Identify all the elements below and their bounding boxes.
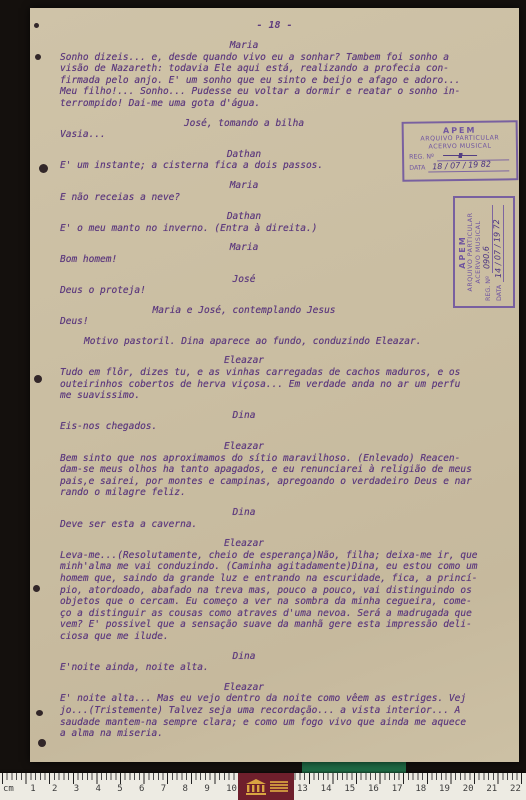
dialogue-line: minh'alma me vai conduzindo. (Caminha ag… xyxy=(60,561,480,573)
dialogue-block: MariaBom homem! xyxy=(60,242,480,265)
dialogue-line: E' noite alta... Mas eu vejo dentro da n… xyxy=(60,693,480,705)
ruler-label: 20 xyxy=(463,784,474,794)
ink-stain xyxy=(35,54,41,60)
speaker-name: Maria xyxy=(60,180,480,192)
stamp-org-name: APEM xyxy=(458,203,467,301)
ruler-label: 6 xyxy=(139,784,144,794)
speaker-name: Dina xyxy=(60,651,480,663)
dialogue-line: pais,e sairei, por montes e campinas, ap… xyxy=(60,476,480,488)
building-icon xyxy=(245,778,267,796)
speaker-name: Dathan xyxy=(60,211,480,223)
stamp-apem-vertical: APEM ARQUIVO PARTICULAR ACERVO MUSICAL R… xyxy=(453,196,515,308)
ruler-label: 15 xyxy=(344,784,355,794)
ruler-label: 5 xyxy=(117,784,122,794)
dialogue-block: DathanE' o meu manto no inverno. (Entra … xyxy=(60,211,480,234)
stamp-line: ARQUIVO PARTICULAR xyxy=(467,203,475,301)
dialogue-block: EleazarLeva-me...(Resolutamente, cheio d… xyxy=(60,538,480,642)
ruler-label: cm xyxy=(3,784,14,794)
dialogue-line: firmada pelo anjo. E' um sonho que eu si… xyxy=(60,75,480,87)
ink-stain xyxy=(39,164,48,173)
stamp-date-value: 14 / 07 / 19 72 xyxy=(492,219,504,278)
dialogue-line: Deus! xyxy=(60,316,480,328)
dialogue-block: EleazarE' noite alta... Mas eu vejo dent… xyxy=(60,682,480,740)
stamp-apem-horizontal: APEM ARQUIVO PARTICULAR ACERVO MUSICAL R… xyxy=(402,120,519,182)
stamp-date-label: DATA xyxy=(495,285,505,301)
dialogue-line: Deus o proteja! xyxy=(60,285,480,297)
speaker-name: Eleazar xyxy=(60,355,480,367)
speaker-name: Maria e José, contemplando Jesus xyxy=(60,305,480,317)
stamp-reg-label: REG. Nº xyxy=(484,276,494,301)
speaker-name: Eleazar xyxy=(60,441,480,453)
logo-text-bars xyxy=(270,781,288,792)
ruler-label: 19 xyxy=(439,784,450,794)
dialogue-line: vem? E' possivel que a sensação suave da… xyxy=(60,619,480,631)
dialogue-line: E não receias a neve? xyxy=(60,192,480,204)
speaker-name: Maria xyxy=(60,242,480,254)
dialogue-line: me suavissimo. xyxy=(60,390,480,402)
ruler-label: 18 xyxy=(415,784,426,794)
dialogue-line: terrompido! Dai-me uma gota d'água. xyxy=(60,98,480,110)
ruler-label: 14 xyxy=(321,784,332,794)
ink-stain xyxy=(36,710,43,716)
speaker-name: José xyxy=(60,274,480,286)
ruler-label: 8 xyxy=(183,784,188,794)
dialogue-line: visão de Nazareth: todavia Ele aqui está… xyxy=(60,63,480,75)
dialogue-line: objetos que o cercam. Eu começo a ver na… xyxy=(60,596,480,608)
dialogue-line: Tudo em flôr, dizes tu, e as vinhas carr… xyxy=(60,367,480,379)
ruler: cm12345678910 13141516171819202122 xyxy=(0,773,526,800)
ruler-label: 3 xyxy=(74,784,79,794)
dialogue-line: a alma na miseria. xyxy=(60,728,480,740)
dialogue-block: DinaE'noite ainda, noite alta. xyxy=(60,651,480,674)
ink-stain xyxy=(34,23,39,28)
ink-stain xyxy=(33,585,40,592)
dialogue-line: Bom homem! xyxy=(60,254,480,266)
dialogue-line: E' o meu manto no inverno. (Entra à dire… xyxy=(60,223,480,235)
page-number: - 18 - xyxy=(30,20,519,31)
ruler-labels-left: cm12345678910 xyxy=(3,784,237,794)
dialogue-block: EleazarBem sinto que nos aproximamos do … xyxy=(60,441,480,499)
stamp-date-label: DATA xyxy=(409,163,425,173)
ink-stain xyxy=(38,739,46,747)
dialogue-line: pio, atordoado, abafado na treva mas, po… xyxy=(60,585,480,597)
ruler-label: 17 xyxy=(392,784,403,794)
dialogue-line: dam-se meus olhos ha tanto apagados, e e… xyxy=(60,464,480,476)
stamp-date-value: 18 / 07 / 19 82 xyxy=(432,160,491,173)
dialogue-line: Bem sinto que nos aproximamos do sítio m… xyxy=(60,453,480,465)
ruler-label: 16 xyxy=(368,784,379,794)
stamp-date-row: DATA 14 / 07 / 19 72 xyxy=(494,203,505,301)
ruler-label: 1 xyxy=(30,784,35,794)
dialogue-line: Leva-me...(Resolutamente, cheio de esper… xyxy=(60,550,480,562)
dialogue-block: JoséDeus o proteja! xyxy=(60,274,480,297)
dialogue-line: Sonho dizeis... e, desde quando vivo eu … xyxy=(60,52,480,64)
reg-scribble xyxy=(443,153,477,158)
dialogue-line: Motivo pastoril. Dina aparece ao fundo, … xyxy=(60,336,480,348)
dialogue-line: Eis-nos chegados. xyxy=(60,421,480,433)
dialogue-block: DinaEis-nos chegados. xyxy=(60,410,480,433)
ruler-label: 21 xyxy=(486,784,497,794)
ruler-labels-right: 13141516171819202122 xyxy=(297,784,521,794)
ruler-label: 13 xyxy=(297,784,308,794)
ruler-label: 2 xyxy=(52,784,57,794)
stamp-reg-label: REG. Nº xyxy=(409,152,434,162)
dialogue-line: Meu filho!... Sonho... Pudesse eu voltar… xyxy=(60,86,480,98)
archive-logo xyxy=(238,773,294,800)
ruler-label: 10 xyxy=(226,784,237,794)
stage-direction: Motivo pastoril. Dina aparece ao fundo, … xyxy=(60,336,480,348)
stamp-reg-value: 090.6 xyxy=(482,246,493,269)
dialogue-block: EleazarTudo em flôr, dizes tu, e as vinh… xyxy=(60,355,480,401)
speaker-name: Eleazar xyxy=(60,538,480,550)
dialogue-block: Maria e José, contemplando JesusDeus! xyxy=(60,305,480,328)
ruler-label: 22 xyxy=(510,784,521,794)
dialogue-block: DinaDeve ser esta a caverna. xyxy=(60,507,480,530)
dialogue-line: homem que, saindo da grande luz e entran… xyxy=(60,573,480,585)
dialogue-line: saudade mantem-na sempre clara; e como u… xyxy=(60,717,480,729)
dialogue-line: ciosa que me ilude. xyxy=(60,631,480,643)
dialogue-line: Deve ser esta a caverna. xyxy=(60,519,480,531)
ruler-label: 7 xyxy=(161,784,166,794)
ink-stain xyxy=(34,375,42,383)
dialogue-block: MariaE não receias a neve? xyxy=(60,180,480,203)
dialogue-line: ço a distinguir as cousas como atraves d… xyxy=(60,608,480,620)
speaker-name: Eleazar xyxy=(60,682,480,694)
speaker-name: Dina xyxy=(60,410,480,422)
speaker-name: Maria xyxy=(60,40,480,52)
dialogue-line: rando o milagre feliz. xyxy=(60,487,480,499)
dialogue-line: E'noite ainda, noite alta. xyxy=(60,662,480,674)
dialogue-line: outeirinhos cobertos de herva viçosa... … xyxy=(60,379,480,391)
dialogue-line: jo...(Tristemente) Talvez seja uma recor… xyxy=(60,705,480,717)
ruler-label: 9 xyxy=(204,784,209,794)
speaker-name: Dina xyxy=(60,507,480,519)
dialogue-block: MariaSonho dizeis... e, desde quando viv… xyxy=(60,40,480,110)
stamp-date-row: DATA 18 / 07 / 19 82 xyxy=(409,161,511,173)
ruler-label: 4 xyxy=(95,784,100,794)
